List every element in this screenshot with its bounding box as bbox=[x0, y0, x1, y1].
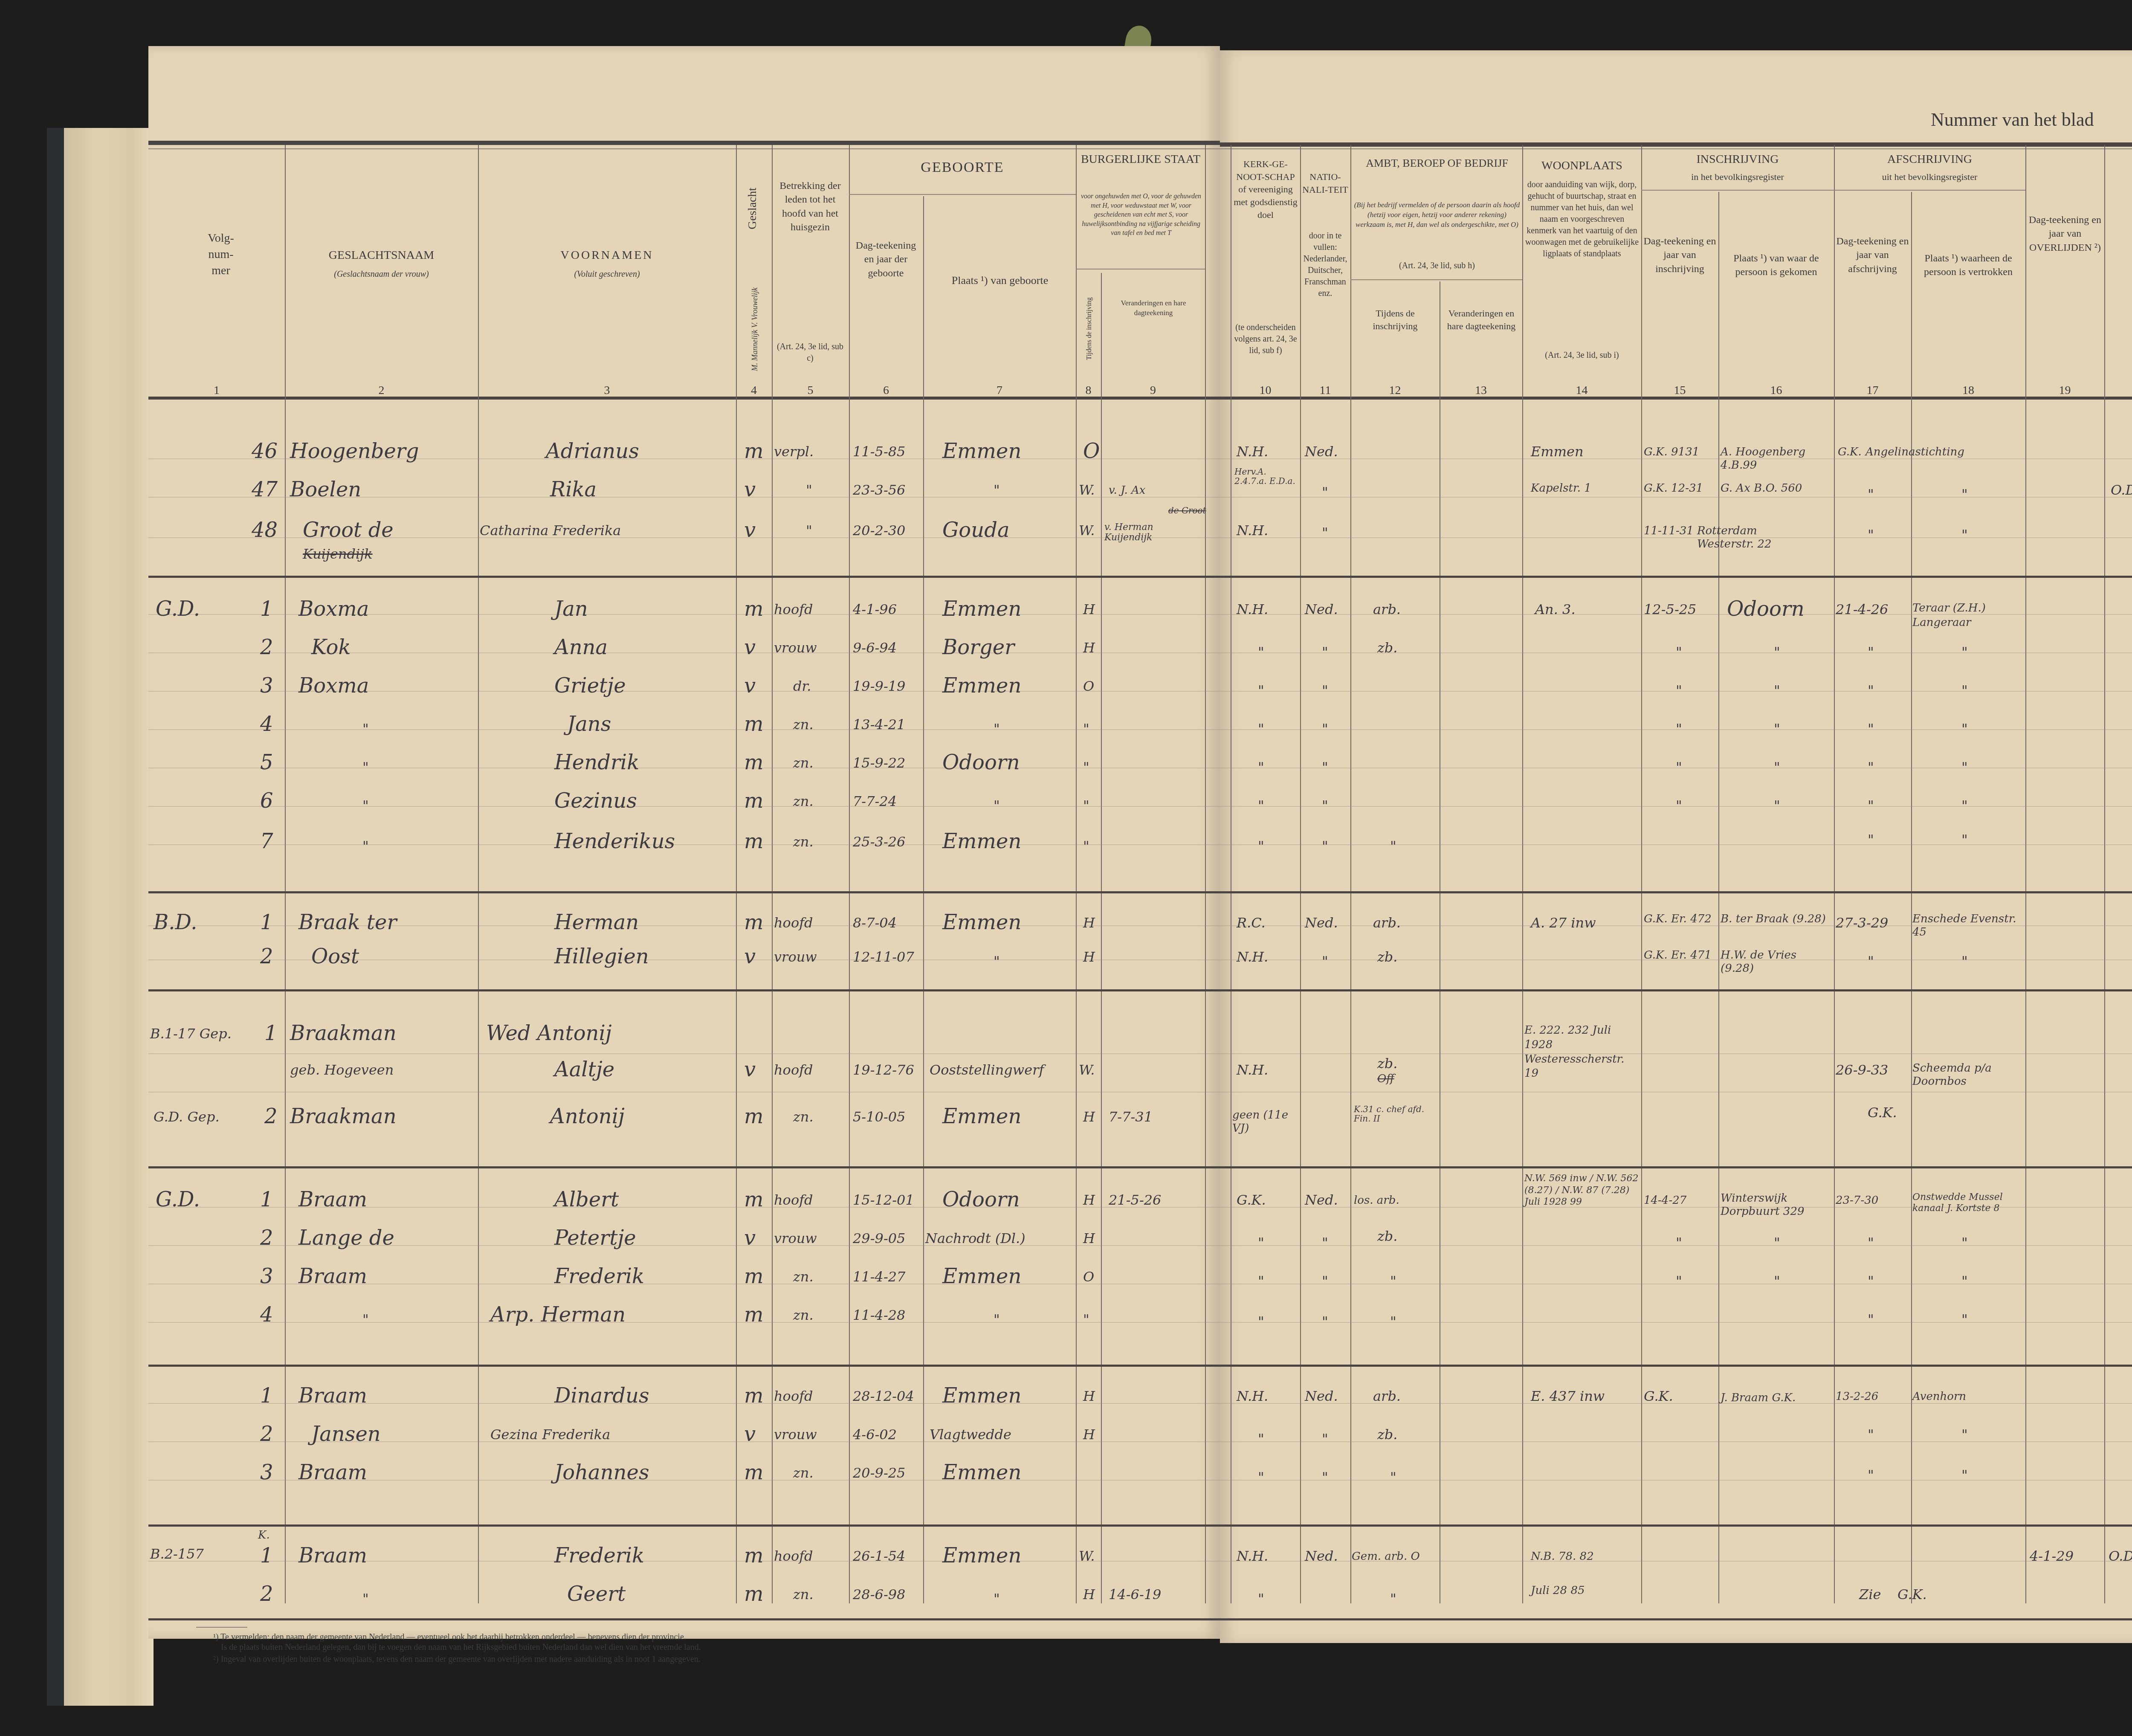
cell-birth-place: Borger bbox=[942, 635, 1014, 659]
cell-civil: " bbox=[1083, 1311, 1089, 1327]
cell-occupation: zb. bbox=[1377, 949, 1398, 965]
cell-af-to: Enschede Evenstr. 45 bbox=[1912, 913, 2023, 939]
cell-occupation: " bbox=[1390, 1591, 1396, 1607]
col-num-13: 13 bbox=[1440, 384, 1522, 397]
header-ins-datum: Dag-teekening en jaar van inschrijving bbox=[1642, 235, 1717, 276]
burgerlijke-staat-subrule bbox=[1076, 269, 1205, 270]
cell-nr: 2 bbox=[264, 1104, 278, 1128]
cell-af-to: G.K. bbox=[1868, 1104, 1897, 1121]
cell-birth-place: " bbox=[994, 721, 1000, 737]
cell-af-date: Zie bbox=[1859, 1586, 1881, 1603]
cell-nr: 3 bbox=[260, 1461, 273, 1484]
cell-sex: m bbox=[744, 1303, 764, 1327]
cell-nat: " bbox=[1322, 953, 1328, 969]
cell-birth-place: Vlagtwedde bbox=[930, 1426, 1011, 1443]
cell-birth-place: Emmen bbox=[942, 1384, 1021, 1408]
cell-nr: 48 bbox=[252, 518, 278, 542]
cell-af-to: " bbox=[1961, 527, 1968, 543]
cell-af-date: " bbox=[1868, 832, 1874, 848]
cell-birth-date: 19-9-19 bbox=[853, 678, 905, 694]
col-num-14: 14 bbox=[1522, 384, 1641, 397]
cell-af-date: " bbox=[1868, 486, 1874, 502]
col-line bbox=[772, 145, 773, 1603]
cell-occupation-struck: Off bbox=[1377, 1072, 1394, 1085]
cell-ins-date: G.K. 12-31 bbox=[1644, 482, 1716, 495]
header-inschrijving: INSCHRIJVING bbox=[1641, 151, 1834, 168]
header-woonplaats-sub: door aanduiding van wijk, dorp, gehucht … bbox=[1524, 179, 1640, 260]
cell-church: " bbox=[1258, 1235, 1264, 1251]
cell-civil: " bbox=[1083, 838, 1089, 854]
cell-residence: Emmen bbox=[1531, 443, 1584, 460]
cell-surname: Lange de bbox=[298, 1226, 394, 1250]
cell-ins-from: " bbox=[1774, 759, 1780, 775]
cell-church: " bbox=[1258, 1313, 1264, 1330]
cell-sex: v bbox=[744, 1058, 756, 1081]
header-aanmerkingen: AAN-MERKINGEN bbox=[2106, 239, 2132, 254]
cell-given: Catharina Frederika bbox=[480, 522, 621, 539]
cell-surname: Braam bbox=[298, 1188, 367, 1211]
cell-relation: hoofd bbox=[774, 1548, 813, 1564]
cell-death-note: O.D.R. bbox=[2109, 1548, 2132, 1564]
cell-sex: v bbox=[744, 478, 756, 501]
cell-af-to: Scheemda p/a Doornbos bbox=[1912, 1062, 2023, 1088]
cell-ins-from: H.W. de Vries (9.28) bbox=[1721, 949, 1831, 975]
cell-civil: O bbox=[1083, 1269, 1094, 1285]
cell-nr: 47 bbox=[252, 478, 278, 501]
right-page bbox=[1220, 50, 2132, 1643]
cell-civil: O bbox=[1083, 439, 1100, 463]
household-prefix: G.D. bbox=[156, 1188, 200, 1211]
cell-nr: 2 bbox=[260, 635, 273, 659]
cell-surname: Hoogenberg bbox=[290, 439, 419, 463]
cell-church: " bbox=[1258, 1469, 1264, 1485]
header-ambt-sub: (Bij het bedrijf vermelden of de persoon… bbox=[1354, 200, 1520, 230]
cell-given: Gezinus bbox=[554, 789, 637, 813]
cell-nat: " bbox=[1322, 721, 1328, 737]
cell-surname: Braam bbox=[298, 1544, 367, 1568]
col-line bbox=[2025, 145, 2026, 1603]
cell-af-to: " bbox=[1961, 486, 1968, 502]
cell-church: geen (11e VJ) bbox=[1232, 1109, 1296, 1135]
cell-nat: Ned. bbox=[1305, 1388, 1338, 1404]
household-separator bbox=[148, 1166, 2132, 1168]
cell-nat: " bbox=[1322, 1431, 1328, 1447]
cell-af-date: " bbox=[1868, 1273, 1874, 1289]
cell-ins-date: " bbox=[1676, 1273, 1682, 1289]
col-line bbox=[1440, 281, 1440, 1603]
cell-civil: W. bbox=[1079, 1062, 1095, 1078]
col-num-17: 17 bbox=[1834, 384, 1911, 397]
cell-birth-date: 11-4-28 bbox=[853, 1307, 905, 1323]
header-geboorte-datum: Dag-teekening en jaar der geboorte bbox=[851, 239, 921, 280]
cell-surname: " bbox=[362, 759, 369, 775]
cell-occupation: arb. bbox=[1373, 915, 1401, 931]
header-voornamen: VOORNAMEN bbox=[478, 247, 736, 264]
header-geboorte: GEBOORTE bbox=[849, 158, 1076, 177]
cell-church: G.K. bbox=[1237, 1192, 1266, 1208]
cell-relation: verpl. bbox=[774, 443, 814, 460]
header-overlijden: Dag-teekening en jaar van OVERLIJDEN ²) bbox=[2027, 213, 2103, 255]
cell-surname: Jansen bbox=[311, 1422, 381, 1446]
cell-church: N.H. bbox=[1237, 601, 1268, 617]
cell-given: Jan bbox=[554, 597, 588, 621]
cell-sex: m bbox=[744, 1461, 764, 1484]
cell-af-date: " bbox=[1868, 1311, 1874, 1327]
cell-civil: H bbox=[1083, 601, 1095, 617]
cell-birth-place: Odoorn bbox=[942, 1188, 1020, 1211]
cell-surname: Boxma bbox=[298, 597, 369, 621]
cell-given: Geert bbox=[567, 1582, 626, 1606]
cell-church: " bbox=[1258, 797, 1264, 814]
col-num-16: 16 bbox=[1718, 384, 1834, 397]
col-num-5: 5 bbox=[772, 384, 849, 397]
cell-birth-place: " bbox=[994, 1311, 1000, 1327]
cell-relation: zn. bbox=[793, 1269, 814, 1285]
header-inschrijving-sub: in het bevolkingsregister bbox=[1641, 171, 1834, 183]
cell-ins-date: " bbox=[1676, 759, 1682, 775]
cell-church: N.H. bbox=[1237, 522, 1268, 539]
cell-residence: A. 27 inw bbox=[1531, 915, 1596, 931]
cell-birth-date: 23-3-56 bbox=[853, 482, 905, 498]
cell-sex: v bbox=[744, 1422, 756, 1446]
header-bs-tijdens: Tijdens de inschrijving bbox=[1085, 293, 1094, 365]
cell-nr: 1 bbox=[264, 1021, 278, 1045]
cell-nr: 46 bbox=[252, 439, 278, 463]
cell-sex: m bbox=[744, 1104, 764, 1128]
cell-church: N.H. bbox=[1237, 1548, 1268, 1564]
cell-given: Petertje bbox=[554, 1226, 636, 1250]
cell-birth-place: " bbox=[994, 482, 1000, 498]
cell-civil: " bbox=[1083, 797, 1089, 814]
col-num-9: 9 bbox=[1101, 384, 1205, 397]
header-kerkgenootschap-sub: (te onderscheiden volgens art. 24, 3e li… bbox=[1231, 322, 1300, 356]
cell-nr: 1 bbox=[260, 1188, 273, 1211]
cell-nr: 5 bbox=[260, 751, 273, 774]
cell-af-date: 13-2-26 bbox=[1836, 1390, 1878, 1403]
cell-surname-struck: Kuijendijk bbox=[303, 546, 373, 562]
cell-birth-place: Emmen bbox=[942, 829, 1021, 853]
cell-birth-date: 20-9-25 bbox=[853, 1465, 905, 1481]
afschrijving-subrule bbox=[1834, 190, 2025, 191]
cell-given: Jans bbox=[567, 712, 611, 736]
cell-church: R.C. bbox=[1237, 915, 1266, 931]
cell-occupation: zb. bbox=[1377, 1228, 1398, 1244]
cell-civil-change: v. J. Ax bbox=[1109, 484, 1146, 497]
cell-sex: v bbox=[744, 1226, 756, 1250]
col-line bbox=[1101, 273, 1102, 1603]
cell-ins-from: Odoorn bbox=[1727, 597, 1805, 621]
cell-sex: m bbox=[744, 829, 764, 853]
cell-church: N.H. bbox=[1237, 1388, 1268, 1404]
table-bottom-rule bbox=[148, 1618, 2132, 1620]
cell-nat: Ned. bbox=[1305, 1192, 1338, 1208]
cell-af-to: Avenhorn bbox=[1912, 1390, 1966, 1403]
cell-birth-date: 20-2-30 bbox=[853, 522, 905, 539]
col-num-19: 19 bbox=[2025, 384, 2104, 397]
cell-af-to: " bbox=[1961, 1467, 1968, 1483]
ruled-line bbox=[148, 1322, 2132, 1323]
cell-residence: N.W. 569 inw / N.W. 562 (8.27) / N.W. 87… bbox=[1524, 1173, 1640, 1208]
cell-birth-date: 8-7-04 bbox=[853, 915, 897, 931]
ruled-line bbox=[148, 1053, 2132, 1054]
cell-ins-from: " bbox=[1774, 1273, 1780, 1289]
cell-surname: Braak ter bbox=[298, 910, 397, 934]
cell-church-note: Herv.A. 2.4.7.a. E.D.a. bbox=[1234, 467, 1298, 486]
header-geboorte-plaats: Plaats ¹) van geboorte bbox=[925, 273, 1075, 288]
cell-af-date: " bbox=[1868, 644, 1874, 660]
col-line bbox=[923, 196, 924, 1603]
col-line bbox=[285, 145, 286, 1603]
cell-nr: 4 bbox=[260, 712, 273, 736]
cell-ins-date: G.K. Er. 471 bbox=[1644, 949, 1716, 962]
cell-nat: Ned. bbox=[1305, 601, 1338, 617]
cell-birth-place: " bbox=[994, 953, 1000, 969]
cell-birth-date: 11-4-27 bbox=[853, 1269, 905, 1285]
cell-nat: " bbox=[1322, 525, 1328, 541]
cell-relation: zn. bbox=[793, 834, 814, 850]
cell-ins-date: G.K. 9131 bbox=[1644, 446, 1716, 459]
col-num-18: 18 bbox=[1911, 384, 2025, 397]
footnote-2: ²) Ingeval van overlijden buiten de woon… bbox=[213, 1655, 701, 1664]
cell-birth-place: Emmen bbox=[942, 674, 1021, 698]
cell-occupation: los. arb. bbox=[1354, 1194, 1399, 1207]
cell-birth-date: 26-1-54 bbox=[853, 1548, 905, 1564]
col-line bbox=[849, 145, 850, 1603]
cell-death: 4-1-29 bbox=[2030, 1548, 2074, 1564]
cell-af-date: 26-9-33 bbox=[1836, 1062, 1888, 1078]
household-prefix: G.D. bbox=[156, 597, 200, 621]
cell-civil-change: v. Herman Kuijendijk bbox=[1104, 522, 1202, 543]
cell-nat: " bbox=[1322, 838, 1328, 854]
cell-civil: H bbox=[1083, 1230, 1095, 1246]
cell-relation: zn. bbox=[793, 793, 814, 809]
header-ambt-veranderingen: Veranderingen en hare dagteekening bbox=[1441, 307, 1521, 332]
header-betrekking: Betrekking der leden tot het hoofd van h… bbox=[774, 179, 846, 235]
cell-relation: vrouw bbox=[774, 640, 817, 656]
cell-civil: " bbox=[1083, 721, 1089, 737]
cell-birth-place: " bbox=[994, 797, 1000, 814]
cell-church: N.H. bbox=[1237, 443, 1268, 460]
cell-sex: v bbox=[744, 518, 756, 542]
cell-sex: m bbox=[744, 1544, 764, 1568]
cell-af-date: " bbox=[1868, 797, 1874, 814]
header-geslachtsnaam: GESLACHTSNAAM bbox=[285, 247, 478, 264]
cell-surname: Boelen bbox=[290, 478, 361, 501]
cell-af-to: " bbox=[1961, 682, 1968, 698]
cell-af-to: Angelinastichting bbox=[1865, 446, 1964, 458]
household-prefix: B.D. bbox=[154, 910, 197, 934]
cell-surname: Groot de bbox=[303, 518, 394, 542]
cell-relation: vrouw bbox=[774, 949, 817, 965]
header-ins-plaats: Plaats ¹) van waar de persoon is gekomen bbox=[1720, 252, 1833, 279]
cell-given: Antonij bbox=[550, 1104, 625, 1128]
col-line bbox=[2104, 145, 2105, 1603]
cell-birth-date: 12-11-07 bbox=[853, 949, 914, 965]
cell-relation: " bbox=[806, 522, 812, 539]
cell-civil: H bbox=[1083, 1586, 1095, 1603]
header-ambt-tijdens: Tijdens de inschrijving bbox=[1353, 307, 1438, 332]
cell-ins-from: " bbox=[1774, 721, 1780, 737]
cell-nat: " bbox=[1322, 1273, 1328, 1289]
cell-sex: m bbox=[744, 910, 764, 934]
cell-relation: dr. bbox=[793, 678, 811, 694]
cell-given: Johannes bbox=[554, 1461, 649, 1484]
cell-civil: W. bbox=[1079, 522, 1095, 539]
cell-birth-date: 29-9-05 bbox=[853, 1230, 905, 1246]
header-af-plaats: Plaats ¹) waarheen de persoon is vertrok… bbox=[1912, 252, 2024, 279]
col-num-7: 7 bbox=[923, 384, 1076, 397]
header-burgerlijke-staat: BURGERLIJKE STAAT bbox=[1077, 151, 1205, 168]
cell-civil-change-struck: de Groot bbox=[1168, 505, 1206, 516]
col-num-12: 12 bbox=[1350, 384, 1440, 397]
cell-af-to: " bbox=[1961, 1311, 1968, 1327]
cell-surname: Kok bbox=[311, 635, 351, 659]
cell-given: Hendrik bbox=[554, 751, 639, 774]
cell-given: Frederik bbox=[554, 1264, 644, 1288]
cell-af-to: " bbox=[1961, 721, 1968, 737]
cell-sex: m bbox=[744, 712, 764, 736]
col-num-15: 15 bbox=[1641, 384, 1718, 397]
ruled-line bbox=[148, 1480, 2132, 1481]
household-prefix: B.2-157 bbox=[150, 1546, 204, 1562]
col-num-4: 4 bbox=[736, 384, 772, 397]
cell-civil: H bbox=[1083, 1192, 1095, 1208]
cell-birth-date: 4-6-02 bbox=[853, 1426, 897, 1443]
header-af-datum: Dag-teekening en jaar van afschrijving bbox=[1835, 235, 1910, 276]
cell-surname: Braam bbox=[298, 1461, 367, 1484]
cell-death: O.D.R. bbox=[2111, 482, 2132, 498]
cell-occupation: zb. bbox=[1377, 1426, 1398, 1443]
cell-af-to: " bbox=[1961, 1426, 1968, 1443]
cell-birth-place: Ooststellingwerf bbox=[930, 1062, 1044, 1078]
cell-ins-date: 11-11-31 bbox=[1644, 525, 1694, 537]
cell-sex: v bbox=[744, 635, 756, 659]
cell-birth-date: 28-12-04 bbox=[853, 1388, 914, 1404]
cell-given: Hillegien bbox=[554, 945, 649, 968]
cell-ins-from: " bbox=[1774, 644, 1780, 660]
cell-church: " bbox=[1258, 1431, 1264, 1447]
cell-af-to: " bbox=[1961, 759, 1968, 775]
cell-nr: 1 bbox=[260, 1544, 273, 1568]
cell-birth-date: 5-10-05 bbox=[853, 1109, 905, 1125]
col-num-20: 20 bbox=[2104, 384, 2132, 397]
cell-occ-change: K.31 c. chef afd. Fin. II bbox=[1354, 1104, 1437, 1123]
top-rule-right bbox=[1220, 142, 2132, 147]
header-voornamen-sub: (Voluit geschreven) bbox=[478, 269, 736, 280]
cell-surname: " bbox=[362, 838, 369, 854]
ruled-line bbox=[148, 691, 2132, 692]
cell-occupation: zb. bbox=[1377, 640, 1398, 656]
household-separator bbox=[148, 1365, 2132, 1367]
cell-surname: Oost bbox=[311, 945, 359, 968]
cell-birth-date: 7-7-24 bbox=[853, 793, 897, 809]
cell-nat: " bbox=[1322, 1235, 1328, 1251]
cell-birth-date: 11-5-85 bbox=[853, 443, 905, 460]
cell-surname: " bbox=[362, 721, 369, 737]
cell-church: " bbox=[1258, 721, 1264, 737]
cell-birth-place: Gouda bbox=[942, 518, 1010, 542]
ruled-line bbox=[148, 1561, 2132, 1562]
cell-residence: E. 437 inw bbox=[1531, 1388, 1605, 1404]
header-woonplaats-art: (Art. 24, 3e lid, sub i) bbox=[1524, 350, 1640, 361]
cell-civil: H bbox=[1083, 949, 1095, 965]
household-prefix: B.1-17 Gep. bbox=[150, 1026, 232, 1042]
cell-civil: H bbox=[1083, 915, 1095, 931]
cell-surname: " bbox=[362, 797, 369, 814]
cell-ins-date: " bbox=[1676, 721, 1682, 737]
cell-birth-date: 15-9-22 bbox=[853, 755, 905, 771]
book-binding-edge bbox=[47, 128, 154, 1706]
col-num-3: 3 bbox=[478, 384, 736, 397]
col-line bbox=[478, 145, 479, 1603]
ruled-line bbox=[148, 458, 2132, 459]
header-volgnummer: Volg- num- mer bbox=[157, 230, 285, 278]
cell-occupation: " bbox=[1390, 1273, 1396, 1289]
cell-nr: 2 bbox=[260, 1422, 273, 1446]
cell-nat: " bbox=[1322, 797, 1328, 814]
cell-nr: 1 bbox=[260, 910, 273, 934]
cell-church: " bbox=[1258, 838, 1264, 854]
cell-church: " bbox=[1258, 1273, 1264, 1289]
cell-civil-change: 7-7-31 bbox=[1109, 1109, 1153, 1125]
cell-nr: 4 bbox=[260, 1303, 273, 1327]
cell-ins-date: 12-5-25 bbox=[1644, 601, 1696, 617]
cell-ins-from: A. Hoogenberg 4.B.99 bbox=[1721, 446, 1831, 472]
cell-sex: m bbox=[744, 439, 764, 463]
cell-nr: 3 bbox=[260, 1264, 273, 1288]
col-line bbox=[736, 145, 737, 1603]
cell-relation: zn. bbox=[793, 1465, 814, 1481]
cell-birth-date: 15-12-01 bbox=[853, 1192, 914, 1208]
col-num-10: 10 bbox=[1231, 384, 1300, 397]
cell-birth-date: 25-3-26 bbox=[853, 834, 905, 850]
cell-relation: vrouw bbox=[774, 1230, 817, 1246]
col-num-6: 6 bbox=[849, 384, 923, 397]
cell-nr: 2 bbox=[260, 945, 273, 968]
cell-relation: hoofd bbox=[774, 1192, 813, 1208]
cell-given: Herman bbox=[554, 910, 639, 934]
cell-sex: v bbox=[744, 674, 756, 698]
ambt-subrule bbox=[1350, 279, 1522, 280]
cell-relation: hoofd bbox=[774, 1388, 813, 1404]
cell-birth-place: " bbox=[994, 1591, 1000, 1607]
col-num-2: 2 bbox=[285, 384, 478, 397]
cell-nr: 1 bbox=[260, 597, 273, 621]
cell-given: Aaltje bbox=[554, 1058, 614, 1081]
cell-ins-from: Rotterdam Westerstr. 22 bbox=[1697, 525, 1816, 551]
cell-birth-place: Emmen bbox=[942, 597, 1021, 621]
cell-sex: m bbox=[744, 1264, 764, 1288]
cell-church: " bbox=[1258, 682, 1264, 698]
cell-civil: H bbox=[1083, 1109, 1095, 1125]
cell-sex: m bbox=[744, 789, 764, 813]
cell-relation: zn. bbox=[793, 1109, 814, 1125]
cell-nat: Ned. bbox=[1305, 1548, 1338, 1564]
cell-sex: m bbox=[744, 597, 764, 621]
cell-ins-from: G. Ax B.O. 560 bbox=[1721, 482, 1831, 495]
cell-nr-mark: K. bbox=[258, 1529, 270, 1542]
cell-nr: 2 bbox=[260, 1582, 273, 1606]
cell-birth-date: 4-1-96 bbox=[853, 601, 897, 617]
ruled-line bbox=[148, 844, 2132, 845]
cell-af-date: 21-4-26 bbox=[1836, 601, 1888, 617]
cell-af-to: " bbox=[1961, 644, 1968, 660]
ruled-line bbox=[148, 497, 2132, 498]
col-line bbox=[1718, 192, 1719, 1603]
col-line bbox=[1350, 145, 1351, 1603]
header-aanmerkingen-sub: (Art. 24, 5e lid) bbox=[2106, 281, 2132, 293]
cell-occupation: " bbox=[1390, 838, 1396, 854]
